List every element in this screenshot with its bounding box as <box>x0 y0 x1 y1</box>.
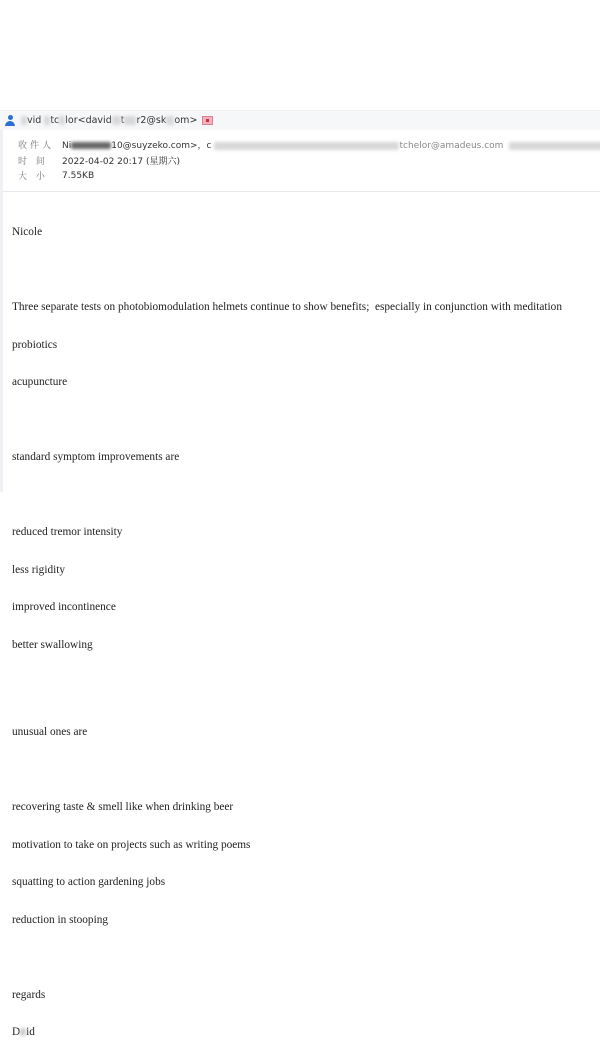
redacted-text <box>21 116 27 125</box>
sender-bar: vid tclor<davidtr2@skom> <box>0 110 600 130</box>
to-label: 收件人 <box>18 138 62 151</box>
redacted-text <box>124 116 136 125</box>
list-item: less rigidity <box>12 564 562 577</box>
time-label: 时 间 <box>18 154 62 167</box>
meta-row-size: 大 小 7.55KB <box>18 168 600 184</box>
list-item: reduced tremor intensity <box>12 526 562 539</box>
redacted-text <box>71 142 111 149</box>
meta-row-to: 收件人 Ni10@suyzeko.com>，ctchelor@amadeus.c… <box>18 137 600 153</box>
flag-icon[interactable] <box>202 116 213 125</box>
header-divider <box>3 191 600 192</box>
email-meta: 收件人 Ni10@suyzeko.com>，ctchelor@amadeus.c… <box>18 137 600 184</box>
standard-heading: standard symptom improvements are <box>12 451 562 464</box>
greeting: Nicole <box>12 226 562 239</box>
sender-name[interactable]: vid tclor<davidtr2@skom> <box>21 115 197 126</box>
redacted-text <box>59 116 65 125</box>
size-value: 7.55KB <box>62 171 94 181</box>
redacted-text <box>112 116 121 125</box>
email-body: Nicole Three separate tests on photobiom… <box>12 201 562 600</box>
to-value[interactable]: Ni10@suyzeko.com>，ctchelor@amadeus.com <box>62 138 600 151</box>
redacted-text <box>214 142 399 150</box>
intro-line: acupuncture <box>12 376 562 389</box>
redacted-text <box>44 116 50 125</box>
redacted-text <box>509 142 600 150</box>
meta-row-time: 时 间 2022-04-02 20:17 (星期六) <box>18 153 600 169</box>
size-label: 大 小 <box>18 169 62 182</box>
intro-line: probiotics <box>12 339 562 352</box>
intro-line: Three separate tests on photobiomodulati… <box>12 301 562 314</box>
person-icon <box>5 115 15 126</box>
time-value: 2022-04-02 20:17 (星期六) <box>62 154 180 167</box>
redacted-text <box>166 116 174 125</box>
